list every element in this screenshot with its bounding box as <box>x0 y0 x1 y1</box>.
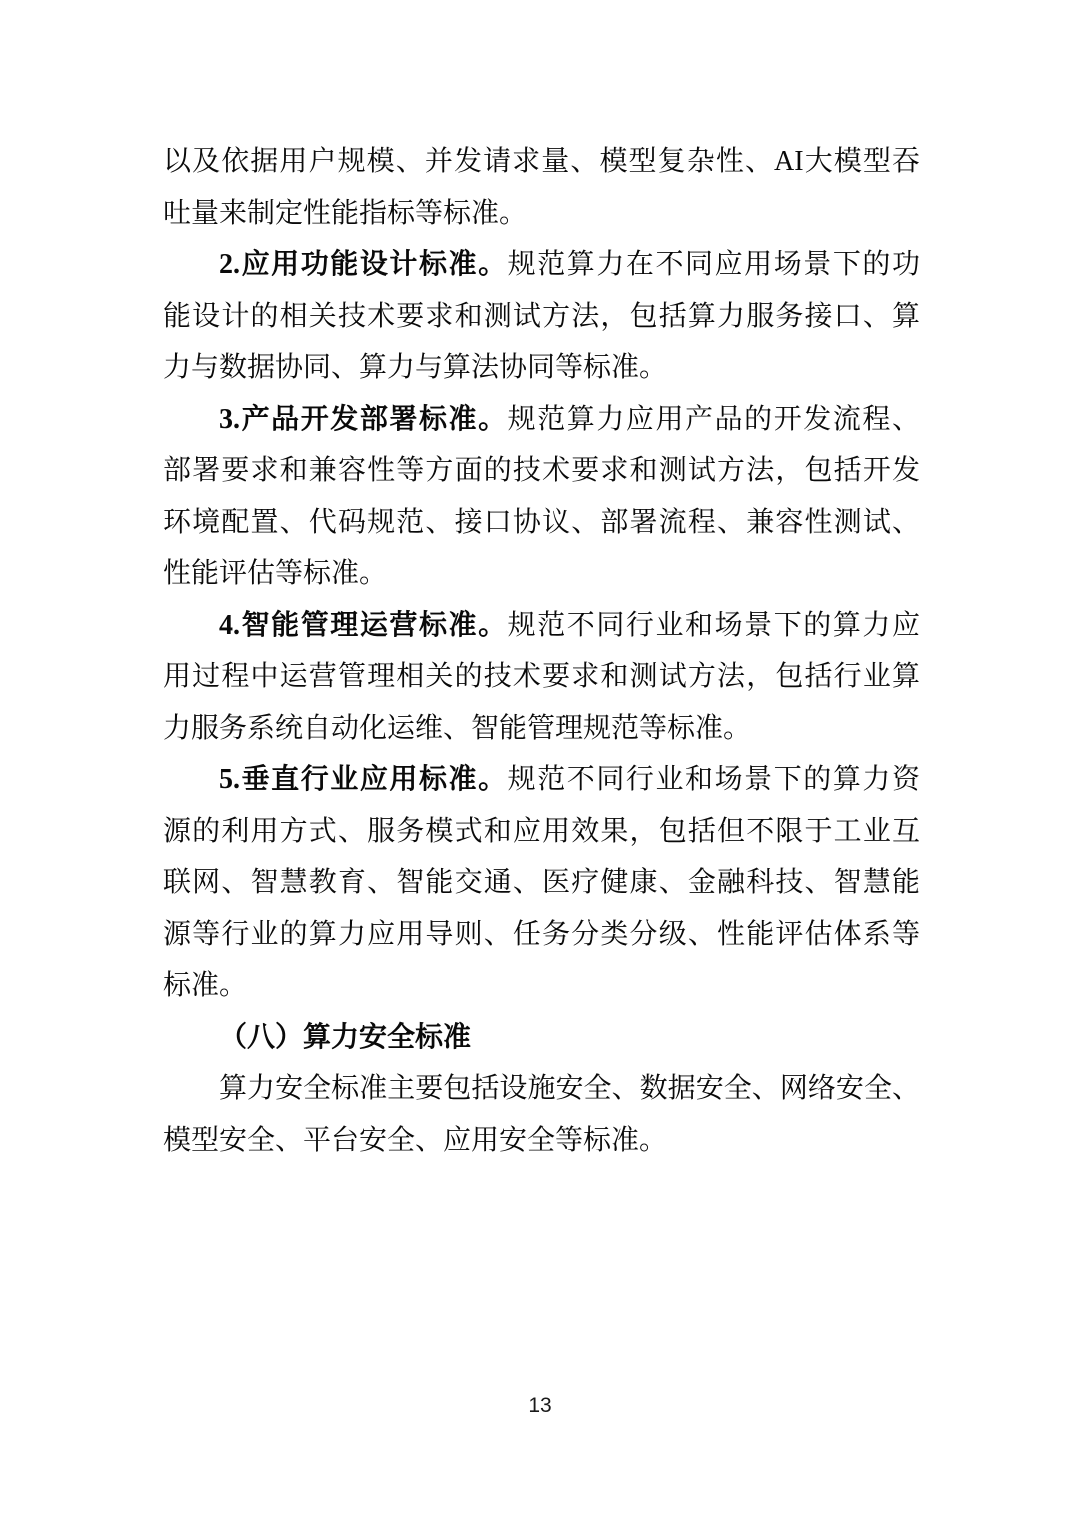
document-body: 以及依据用户规模、并发请求量、模型复杂性、AI大模型吞 吐量来制定性能指标等标准… <box>163 136 920 1166</box>
paragraph-text: 规范不同行业和场景下的算力资 <box>508 764 920 795</box>
text-line: 部署要求和兼容性等方面的技术要求和测试方法，包括开发 <box>163 445 920 497</box>
paragraph-text: 规范算力应用产品的开发流程、 <box>508 404 920 435</box>
item-2-lead: 2.应用功能设计标准。 <box>219 249 508 280</box>
item-3-lead: 3.产品开发部署标准。 <box>219 404 508 435</box>
paragraph-text: 规范算力在不同应用场景下的功 <box>508 249 920 280</box>
text-line: 源的利用方式、服务模式和应用效果，包括但不限于工业互 <box>163 806 920 858</box>
text-line: 性能评估等标准。 <box>163 548 920 600</box>
text-line: 模型安全、平台安全、应用安全等标准。 <box>163 1115 920 1167</box>
text-line: 能设计的相关技术要求和测试方法，包括算力服务接口、算 <box>163 291 920 343</box>
text-line: 3.产品开发部署标准。规范算力应用产品的开发流程、 <box>163 394 920 446</box>
text-line: 标准。 <box>163 960 920 1012</box>
text-line: 以及依据用户规模、并发请求量、模型复杂性、AI大模型吞 <box>163 136 920 188</box>
paragraph-text: 规范不同行业和场景下的算力应 <box>508 610 920 641</box>
text-line: 5.垂直行业应用标准。规范不同行业和场景下的算力资 <box>163 754 920 806</box>
document-page: 以及依据用户规模、并发请求量、模型复杂性、AI大模型吞 吐量来制定性能指标等标准… <box>0 0 1080 1528</box>
text-line: 源等行业的算力应用导则、任务分类分级、性能评估体系等 <box>163 909 920 961</box>
text-line: 联网、智慧教育、智能交通、医疗健康、金融科技、智慧能 <box>163 857 920 909</box>
text-line: 吐量来制定性能指标等标准。 <box>163 188 920 240</box>
text-line: 用过程中运营管理相关的技术要求和测试方法，包括行业算 <box>163 651 920 703</box>
text-line: 2.应用功能设计标准。规范算力在不同应用场景下的功 <box>163 239 920 291</box>
text-line: 算力安全标准主要包括设施安全、数据安全、网络安全、 <box>163 1063 920 1115</box>
page-number: 13 <box>0 1394 1080 1418</box>
text-line: 环境配置、代码规范、接口协议、部署流程、兼容性测试、 <box>163 497 920 549</box>
item-5-lead: 5.垂直行业应用标准。 <box>219 764 508 795</box>
text-line: 4.智能管理运营标准。规范不同行业和场景下的算力应 <box>163 600 920 652</box>
section-heading: （八）算力安全标准 <box>163 1012 920 1064</box>
item-4-lead: 4.智能管理运营标准。 <box>219 610 508 641</box>
text-line: 力服务系统自动化运维、智能管理规范等标准。 <box>163 703 920 755</box>
text-line: 力与数据协同、算力与算法协同等标准。 <box>163 342 920 394</box>
